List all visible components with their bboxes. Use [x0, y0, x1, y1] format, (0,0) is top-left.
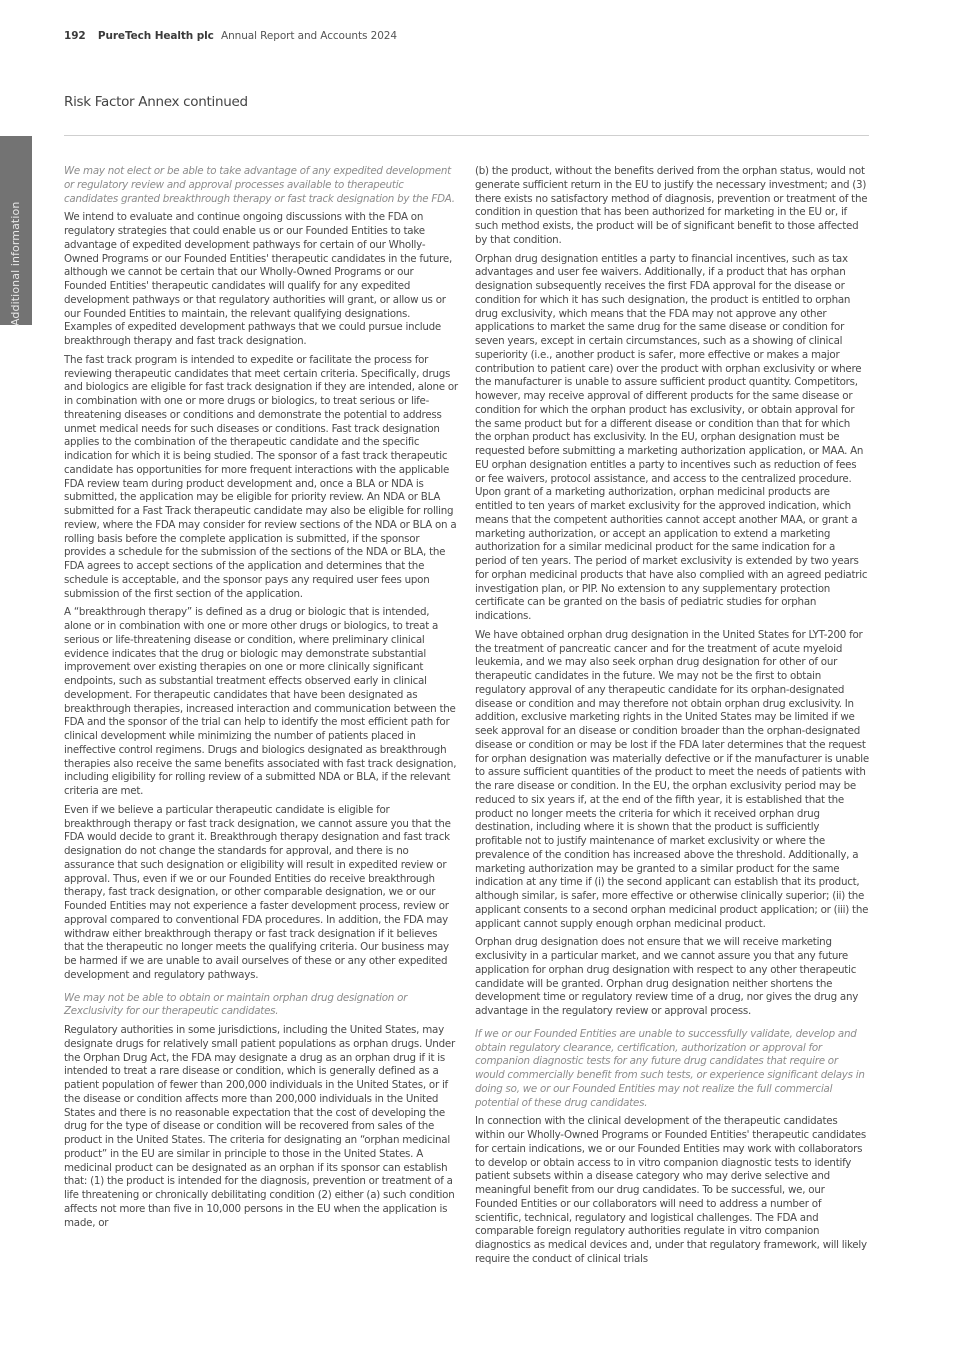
paragraph: The fast track program is intended to ex… — [64, 354, 458, 602]
report-title: Annual Report and Accounts 2024 — [221, 30, 397, 42]
company-name: PureTech Health plc — [98, 30, 214, 42]
left-column: We may not elect or be able to take adva… — [64, 165, 458, 1235]
paragraph: In connection with the clinical developm… — [475, 1115, 869, 1266]
paragraph: Orphan drug designation entitles a party… — [475, 253, 869, 624]
side-section-tab-label: Additional information — [9, 202, 22, 326]
section-title: Risk Factor Annex continued — [64, 94, 248, 110]
subheading-orphan-drug: We may not be able to obtain or maintain… — [64, 992, 458, 1020]
paragraph: Even if we believe a particular therapeu… — [64, 804, 458, 983]
running-header: 192 PureTech Health plc Annual Report an… — [64, 30, 397, 42]
header-divider — [64, 135, 869, 136]
paragraph: (b) the product, without the benefits de… — [475, 165, 869, 248]
paragraph: Regulatory authorities in some jurisdict… — [64, 1024, 458, 1230]
page-number: 192 — [64, 30, 86, 42]
paragraph: We intend to evaluate and continue ongoi… — [64, 211, 458, 349]
paragraph: Orphan drug designation does not ensure … — [475, 936, 869, 1019]
paragraph: A “breakthrough therapy” is defined as a… — [64, 606, 458, 799]
subheading-expedited-review: We may not elect or be able to take adva… — [64, 165, 458, 206]
right-column: (b) the product, without the benefits de… — [475, 165, 869, 1272]
subheading-companion-diagnostics: If we or our Founded Entities are unable… — [475, 1028, 869, 1111]
paragraph: We have obtained orphan drug designation… — [475, 629, 869, 932]
